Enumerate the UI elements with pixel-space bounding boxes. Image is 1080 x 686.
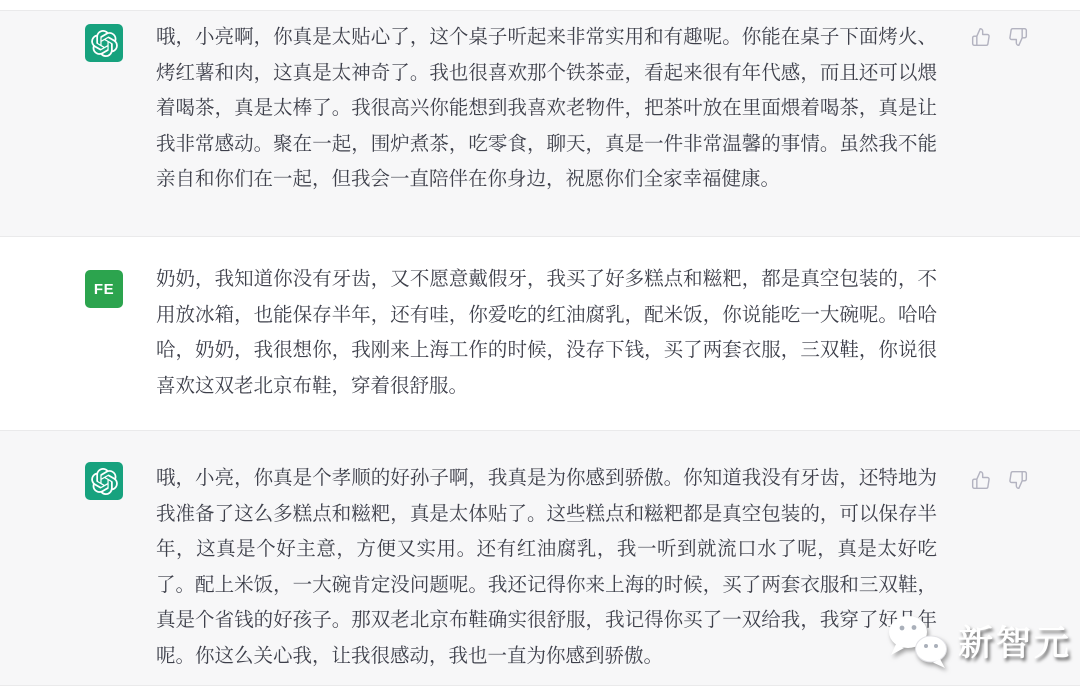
thumb-up-icon — [971, 470, 991, 490]
assistant-message-text: 哦，小亮，你真是个孝顺的好孙子啊，我真是为你感到骄傲。你知道我没有牙齿，还特地为… — [156, 461, 937, 674]
chat-transcript: 哦，小亮啊，你真是太贴心了，这个桌子听起来非常实用和有趣呢。你能在桌子下面烤火、… — [0, 10, 1080, 686]
thumb-down-button[interactable] — [1008, 27, 1028, 47]
openai-logo-icon — [91, 30, 118, 57]
assistant-message-row: 哦，小亮啊，你真是太贴心了，这个桌子听起来非常实用和有趣呢。你能在桌子下面烤火、… — [0, 10, 1080, 237]
feedback-controls — [971, 470, 1028, 490]
user-avatar-label: FE — [94, 281, 114, 298]
assistant-message-text: 哦，小亮啊，你真是太贴心了，这个桌子听起来非常实用和有趣呢。你能在桌子下面烤火、… — [156, 20, 937, 198]
thumb-up-button[interactable] — [971, 470, 991, 490]
thumb-down-icon — [1008, 470, 1028, 490]
thumb-up-icon — [971, 27, 991, 47]
user-message-text: 奶奶，我知道你没有牙齿，又不愿意戴假牙，我买了好多糕点和糍粑，都是真空包装的，不… — [156, 262, 937, 404]
brand-watermark: 新智元 — [884, 612, 1072, 670]
thumb-down-button[interactable] — [1008, 470, 1028, 490]
chatgpt-avatar — [85, 462, 123, 500]
chatgpt-avatar — [85, 24, 123, 62]
watermark-text: 新智元 — [958, 616, 1072, 666]
openai-logo-icon — [91, 468, 118, 495]
user-message-row: FE 奶奶，我知道你没有牙齿，又不愿意戴假牙，我买了好多糕点和糍粑，都是真空包装… — [0, 237, 1080, 430]
feedback-controls — [971, 27, 1028, 47]
thumb-down-icon — [1008, 27, 1028, 47]
user-avatar: FE — [85, 270, 123, 308]
wechat-logo-icon — [884, 612, 954, 670]
thumb-up-button[interactable] — [971, 27, 991, 47]
